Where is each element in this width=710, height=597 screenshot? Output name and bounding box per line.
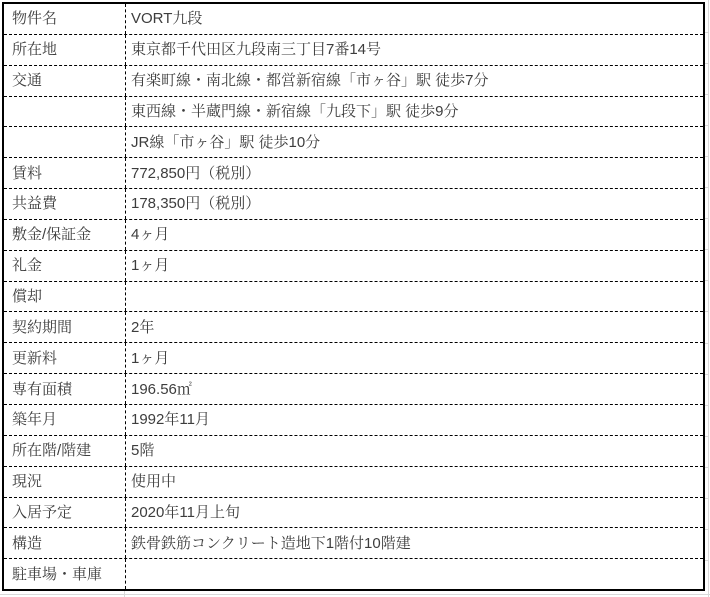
row-value: JR線「市ヶ谷」駅 徒歩10分 <box>126 127 703 157</box>
gridline-tick <box>705 312 709 343</box>
gridline-tick <box>705 561 709 591</box>
gridline-tick <box>705 530 709 561</box>
row-value: 2020年11月上旬 <box>126 498 703 528</box>
row-label: 償却 <box>4 282 126 312</box>
row-label: 専有面積 <box>4 374 126 404</box>
table-row: 駐車場・車庫 <box>4 559 703 589</box>
table-row: 敷金/保証金4ヶ月 <box>4 220 703 251</box>
gridline-tick <box>705 344 709 375</box>
table-row: 築年月1992年11月 <box>4 405 703 436</box>
row-label: 共益費 <box>4 189 126 219</box>
row-value: 有楽町線・南北線・都営新宿線「市ヶ谷」駅 徒歩7分 <box>126 66 703 96</box>
spreadsheet-gridline-ticks <box>705 2 709 591</box>
row-label: 築年月 <box>4 405 126 435</box>
gridline-tick <box>705 219 709 250</box>
table-row: 交通有楽町線・南北線・都営新宿線「市ヶ谷」駅 徒歩7分 <box>4 66 703 97</box>
gridline-tick <box>705 250 709 281</box>
gridline-tick <box>705 375 709 406</box>
row-label: 賃料 <box>4 158 126 188</box>
row-label: 構造 <box>4 528 126 558</box>
gridline-tick <box>705 437 709 468</box>
table-row: 契約期間2年 <box>4 312 703 343</box>
spreadsheet-gridline-horizontal <box>0 594 710 595</box>
gridline-tick <box>705 95 709 126</box>
table-row: 専有面積196.56㎡ <box>4 374 703 405</box>
table-row: JR線「市ヶ谷」駅 徒歩10分 <box>4 127 703 158</box>
row-value <box>126 559 703 589</box>
property-summary-sheet: 物件名VORT九段所在地東京都千代田区九段南三丁目7番14号交通有楽町線・南北線… <box>0 0 710 597</box>
gridline-tick <box>705 188 709 219</box>
row-value: 1ヶ月 <box>126 343 703 373</box>
table-row: 東西線・半蔵門線・新宿線「九段下」駅 徒歩9分 <box>4 97 703 128</box>
row-label: 契約期間 <box>4 312 126 342</box>
gridline-tick <box>705 468 709 499</box>
gridline-tick <box>705 281 709 312</box>
row-value: 1ヶ月 <box>126 251 703 281</box>
table-row: 物件名VORT九段 <box>4 4 703 35</box>
table-row: 礼金1ヶ月 <box>4 251 703 282</box>
row-label: 物件名 <box>4 4 126 34</box>
row-value: 鉄骨鉄筋コンクリート造地下1階付10階建 <box>126 528 703 558</box>
table-row: 共益費178,350円（税別） <box>4 189 703 220</box>
row-value: 使用中 <box>126 467 703 497</box>
gridline-tick <box>705 64 709 95</box>
row-value: 2年 <box>126 312 703 342</box>
row-label: 所在階/階建 <box>4 436 126 466</box>
row-value: 5階 <box>126 436 703 466</box>
gridline-tick <box>705 126 709 157</box>
gridline-tick <box>705 406 709 437</box>
table-row: 所在階/階建5階 <box>4 436 703 467</box>
table-row: 入居予定2020年11月上旬 <box>4 498 703 529</box>
row-label: 更新料 <box>4 343 126 373</box>
property-details-table: 物件名VORT九段所在地東京都千代田区九段南三丁目7番14号交通有楽町線・南北線… <box>2 2 705 591</box>
spreadsheet-gridline-divider-extension <box>124 591 125 597</box>
row-value: 772,850円（税別） <box>126 158 703 188</box>
row-label: 現況 <box>4 467 126 497</box>
table-row: 現況使用中 <box>4 467 703 498</box>
row-value: 196.56㎡ <box>126 374 703 404</box>
table-row: 構造鉄骨鉄筋コンクリート造地下1階付10階建 <box>4 528 703 559</box>
table-row: 賃料772,850円（税別） <box>4 158 703 189</box>
row-value: VORT九段 <box>126 4 703 34</box>
row-value: 178,350円（税別） <box>126 189 703 219</box>
row-label: 礼金 <box>4 251 126 281</box>
table-row: 更新料1ヶ月 <box>4 343 703 374</box>
table-row: 所在地東京都千代田区九段南三丁目7番14号 <box>4 35 703 66</box>
gridline-tick <box>705 2 709 33</box>
row-value: 東京都千代田区九段南三丁目7番14号 <box>126 35 703 65</box>
row-label: 入居予定 <box>4 498 126 528</box>
row-label <box>4 127 126 157</box>
row-value <box>126 282 703 312</box>
table-row: 償却 <box>4 282 703 313</box>
row-value: 4ヶ月 <box>126 220 703 250</box>
gridline-tick <box>705 157 709 188</box>
row-label: 敷金/保証金 <box>4 220 126 250</box>
row-label <box>4 97 126 127</box>
row-label: 交通 <box>4 66 126 96</box>
row-value: 1992年11月 <box>126 405 703 435</box>
row-value: 東西線・半蔵門線・新宿線「九段下」駅 徒歩9分 <box>126 97 703 127</box>
row-label: 駐車場・車庫 <box>4 559 126 589</box>
gridline-tick <box>705 33 709 64</box>
row-label: 所在地 <box>4 35 126 65</box>
gridline-tick <box>705 499 709 530</box>
